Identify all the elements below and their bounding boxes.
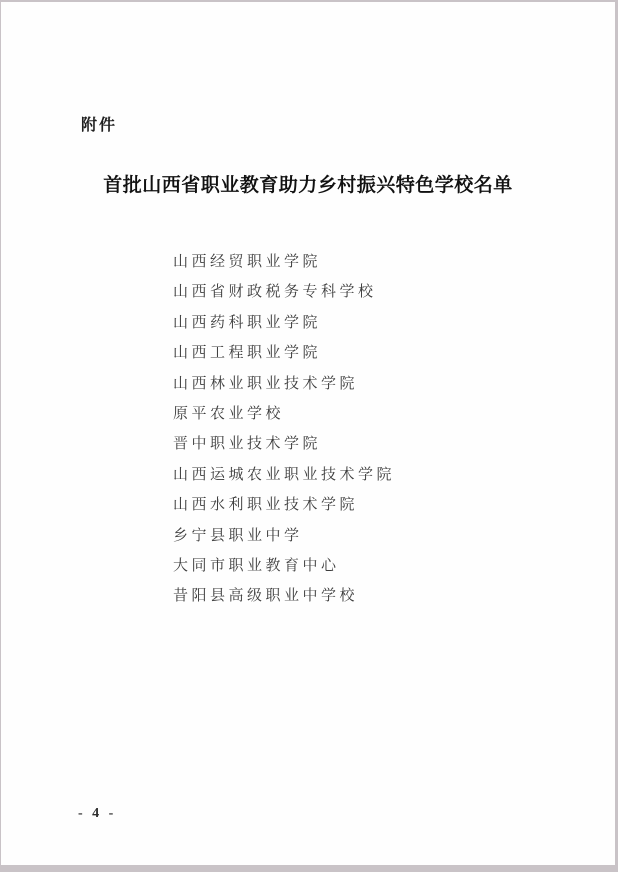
school-list-item: 山西经贸职业学院 <box>173 247 395 277</box>
school-list-item: 晋中职业技术学院 <box>173 429 395 459</box>
document-page: 附件 首批山西省职业教育助力乡村振兴特色学校名单 山西经贸职业学院山西省财政税务… <box>1 2 615 865</box>
school-list-item: 原平农业学校 <box>173 399 395 429</box>
school-list-item: 山西林业职业技术学院 <box>173 369 395 399</box>
school-list-item: 昔阳县高级职业中学校 <box>173 581 395 611</box>
school-list: 山西经贸职业学院山西省财政税务专科学校山西药科职业学院山西工程职业学院山西林业职… <box>173 247 395 612</box>
attachment-label: 附件 <box>81 112 117 135</box>
school-list-item: 山西药科职业学院 <box>173 308 395 338</box>
school-list-item: 乡宁县职业中学 <box>173 521 395 551</box>
school-list-item: 山西运城农业职业技术学院 <box>173 460 395 490</box>
school-list-item: 山西水利职业技术学院 <box>173 490 395 520</box>
school-list-item: 山西工程职业学院 <box>173 338 395 368</box>
school-list-item: 山西省财政税务专科学校 <box>173 277 395 307</box>
school-list-item: 大同市职业教育中心 <box>173 551 395 581</box>
document-title: 首批山西省职业教育助力乡村振兴特色学校名单 <box>1 170 615 197</box>
page-number: - 4 - <box>78 806 116 822</box>
